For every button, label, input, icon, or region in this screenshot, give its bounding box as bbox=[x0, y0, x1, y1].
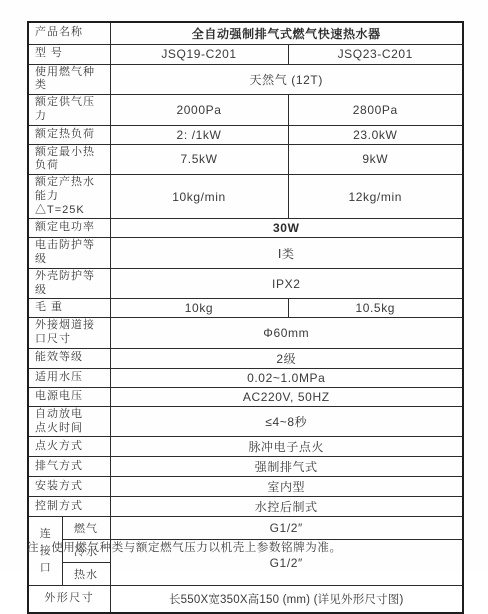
row-value-right: JSQ23-C201 bbox=[288, 44, 463, 64]
row-value: 2级 bbox=[110, 348, 463, 368]
row-label: 额定电功率 bbox=[28, 219, 110, 238]
row-value-right: 23.0kW bbox=[288, 125, 463, 144]
table-row: 型 号 JSQ19-C201 JSQ23-C201 bbox=[28, 44, 463, 64]
row-value-left: 7.5kW bbox=[110, 144, 288, 175]
row-label: 额定产热水 能力△T=25K bbox=[28, 175, 110, 219]
table-row: 额定最小热负荷 7.5kW 9kW bbox=[28, 144, 463, 175]
row-label: 外壳防护等级 bbox=[28, 268, 110, 299]
table-row: 毛 重 10kg 10.5kg bbox=[28, 299, 463, 318]
table-row: 电击防护等级 Ⅰ类 bbox=[28, 238, 463, 269]
row-value: 全自动强制排气式燃气快速热水器 bbox=[110, 22, 463, 44]
row-label: 排气方式 bbox=[28, 457, 110, 477]
table-row: 控制方式 水控后制式 bbox=[28, 497, 463, 517]
row-value: 室内型 bbox=[110, 477, 463, 497]
row-value: 水控后制式 bbox=[110, 497, 463, 517]
row-label: 点火方式 bbox=[28, 437, 110, 457]
row-label: 产品名称 bbox=[28, 22, 110, 44]
row-value: Ⅰ类 bbox=[110, 238, 463, 269]
row-value-left: 10kg/min bbox=[110, 175, 288, 219]
row-label: 能效等级 bbox=[28, 348, 110, 368]
row-label: 毛 重 bbox=[28, 299, 110, 318]
table-row: 外形尺寸 长550X宽350X高150 (mm) (详见外形尺寸图) bbox=[28, 586, 463, 613]
row-value: 30W bbox=[110, 219, 463, 238]
spec-table: 产品名称 全自动强制排气式燃气快速热水器 型 号 JSQ19-C201 JSQ2… bbox=[27, 21, 464, 614]
row-label: 型 号 bbox=[28, 44, 110, 64]
table-row: 安装方式 室内型 bbox=[28, 477, 463, 497]
row-value-left: JSQ19-C201 bbox=[110, 44, 288, 64]
row-label: 电源电压 bbox=[28, 387, 110, 406]
table-row: 电源电压 AC220V, 50HZ bbox=[28, 387, 463, 406]
table-row: 外壳防护等级 IPX2 bbox=[28, 268, 463, 299]
row-value: 0.02~1.0MPa bbox=[110, 368, 463, 387]
row-value: AC220V, 50HZ bbox=[110, 387, 463, 406]
row-value: Φ60mm bbox=[110, 318, 463, 349]
row-label: 额定供气压力 bbox=[28, 95, 110, 126]
row-value: IPX2 bbox=[110, 268, 463, 299]
row-label: 自动放电 点火时间 bbox=[28, 406, 110, 437]
row-label: 控制方式 bbox=[28, 497, 110, 517]
table-row: 适用水压 0.02~1.0MPa bbox=[28, 368, 463, 387]
table-row: 额定产热水 能力△T=25K 10kg/min 12kg/min bbox=[28, 175, 463, 219]
table-row: 排气方式 强制排气式 bbox=[28, 457, 463, 477]
table-row: 额定供气压力 2000Pa 2800Pa bbox=[28, 95, 463, 126]
row-label: 使用燃气种类 bbox=[28, 64, 110, 95]
row-value-right: 12kg/min bbox=[288, 175, 463, 219]
row-value-left: 2: /1kW bbox=[110, 125, 288, 144]
row-label: 额定最小热负荷 bbox=[28, 144, 110, 175]
table-row: 点火方式 脉冲电子点火 bbox=[28, 437, 463, 457]
table-row: 自动放电 点火时间 ≤4~8秒 bbox=[28, 406, 463, 437]
table-row: 额定电功率 30W bbox=[28, 219, 463, 238]
row-value: G1/2″ bbox=[110, 517, 463, 540]
row-value-right: 2800Pa bbox=[288, 95, 463, 126]
row-label: 额定热负荷 bbox=[28, 125, 110, 144]
table-row: 额定热负荷 2: /1kW 23.0kW bbox=[28, 125, 463, 144]
row-value: 强制排气式 bbox=[110, 457, 463, 477]
page: 产品名称 全自动强制排气式燃气快速热水器 型 号 JSQ19-C201 JSQ2… bbox=[0, 0, 488, 571]
table-row: 外接烟道接口尺寸 Φ60mm bbox=[28, 318, 463, 349]
row-value: ≤4~8秒 bbox=[110, 406, 463, 437]
table-row: 能效等级 2级 bbox=[28, 348, 463, 368]
row-label: 安装方式 bbox=[28, 477, 110, 497]
row-value: 天然气 (12T) bbox=[110, 64, 463, 95]
row-value-left: 10kg bbox=[110, 299, 288, 318]
row-value-right: 9kW bbox=[288, 144, 463, 175]
connector-sub-label: 燃气 bbox=[62, 517, 110, 540]
table-row: 产品名称 全自动强制排气式燃气快速热水器 bbox=[28, 22, 463, 44]
row-label: 外接烟道接口尺寸 bbox=[28, 318, 110, 349]
table-row: 使用燃气种类 天然气 (12T) bbox=[28, 64, 463, 95]
row-value: 脉冲电子点火 bbox=[110, 437, 463, 457]
row-label: 外形尺寸 bbox=[28, 586, 110, 613]
row-label: 电击防护等级 bbox=[28, 238, 110, 269]
row-value-right: 10.5kg bbox=[288, 299, 463, 318]
row-value: 长550X宽350X高150 (mm) (详见外形尺寸图) bbox=[110, 586, 463, 613]
table-row-connector-gas: 连 接 口 燃气 G1/2″ bbox=[28, 517, 463, 540]
footnote: 注：使用燃气种类与额定燃气压力以机壳上参数铭牌为准。 bbox=[27, 539, 342, 555]
connector-sub-label: 热水 bbox=[62, 563, 110, 586]
row-value-left: 2000Pa bbox=[110, 95, 288, 126]
row-label: 适用水压 bbox=[28, 368, 110, 387]
